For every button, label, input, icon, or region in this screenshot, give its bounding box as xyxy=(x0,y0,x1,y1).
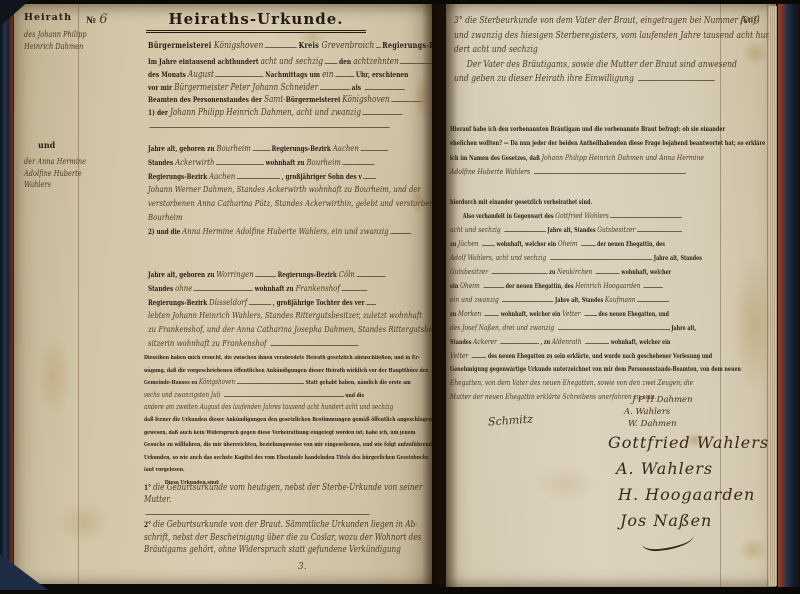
text-line xyxy=(144,507,379,519)
text-line: Adolfine Huberte Wahlers xyxy=(450,165,701,178)
text-line: zu Frankenshof, und der Anna Catharina J… xyxy=(148,323,380,337)
text-segment: des neuen Ehegatten, und xyxy=(598,311,669,318)
blank-rule xyxy=(237,378,304,384)
text-segment: Kaufmann xyxy=(605,295,636,304)
book-cover-bottom-left xyxy=(0,584,440,594)
text-line: Gemeinde-Hauses zu KönigshovenStatt geha… xyxy=(144,377,379,390)
text-segment: dert acht und sechzig xyxy=(454,44,538,55)
text-segment: Grevenbroich xyxy=(322,40,375,51)
text-segment: Standes xyxy=(148,284,175,293)
text-line: andere am zweiten August des laufenden J… xyxy=(144,402,379,414)
text-line: und geben zu dieser Heirath ihre Einwill… xyxy=(454,72,702,87)
document-title: Heiraths-Urkunde. xyxy=(146,10,366,33)
signature-witness-3: H. Hoogaarden xyxy=(618,482,769,508)
text-segment: Der Vater des Bräutigams, sowie die Mutt… xyxy=(467,59,737,70)
text-segment: Im Jahre eintausend achthundert xyxy=(148,57,261,66)
text-line: gewesen, daß auch kein Widerspruch gegen… xyxy=(144,427,379,440)
opening-paragraph: Im Jahre eintausend achthundert acht und… xyxy=(148,56,432,133)
text-segment: achtzehnten xyxy=(353,57,399,67)
text-segment: 1) der xyxy=(148,108,170,117)
text-line: Gutsbesitzer zu Neukirchen wohnhaft, wel… xyxy=(450,265,701,279)
text-segment: lebten Johann Heinrich Wahlers, Standes … xyxy=(148,311,422,321)
text-segment: Jüchen xyxy=(458,239,481,248)
text-line: Bürgermeisterei KönigshovenKreis Grevenb… xyxy=(148,38,375,54)
text-segment: Cöln xyxy=(339,270,355,280)
text-line: wägung, daß die vorgeschriebenen öffentl… xyxy=(144,365,379,378)
blank-rule xyxy=(502,296,553,302)
text-line: Bourheim xyxy=(148,211,380,225)
blank-rule xyxy=(638,74,715,81)
blank-rule xyxy=(361,144,388,151)
text-line: 1° die Geburtsurkunde vom heutigen, nebs… xyxy=(144,482,379,494)
text-segment: Gesuche zu willfahren, die mir überreich… xyxy=(144,442,432,448)
text-segment: daß ferner die Urkunden dieser Ankündigu… xyxy=(144,417,432,423)
text-segment: Königshoven xyxy=(199,378,235,386)
text-line: 1) der Johann Philipp Heinrich Dahmen, a… xyxy=(148,107,380,120)
text-segment: Samt- xyxy=(264,95,286,105)
text-line xyxy=(148,120,380,133)
text-line: des Monats AugustNachmittags um einUhr, … xyxy=(148,69,380,82)
text-segment: Frankenshof xyxy=(296,284,340,294)
text-segment: Jahre alt, geboren zu xyxy=(148,144,216,153)
text-line: 3° die Sterbeurkunde von dem Vater der B… xyxy=(454,14,702,29)
text-line: ein und zwanzig Jahre alt, Standes Kaufm… xyxy=(450,293,701,307)
witnesses-section: hierdurch mit einander gesetzlich verhei… xyxy=(450,196,764,404)
text-segment: Aldenrath xyxy=(552,337,584,346)
text-segment: Kreis xyxy=(299,40,322,50)
signature-witness-1: Gottfried Wahlers xyxy=(608,430,769,456)
blank-rule xyxy=(482,240,495,246)
text-segment: Anna Hermine Adolfine Huberte Wahlers, e… xyxy=(182,227,388,237)
blank-rule xyxy=(255,270,276,277)
blank-rule xyxy=(610,212,682,218)
text-segment: Gutsbesitzer xyxy=(597,225,635,234)
text-segment: und die xyxy=(345,393,364,399)
blank-rule xyxy=(216,70,264,77)
text-segment: ein xyxy=(450,283,460,290)
blank-rule xyxy=(265,41,297,48)
blank-rule xyxy=(637,226,682,232)
text-segment: der neuen Ehegattin, des xyxy=(506,283,576,290)
text-segment: die Geburtsurkunde vom heutigen, nebst d… xyxy=(153,483,422,493)
text-segment: Johann Philipp Heinrich Dahmen, acht und… xyxy=(170,108,361,118)
text-segment: wohnhaft, welcher xyxy=(621,269,671,276)
signature-flourish xyxy=(641,533,694,552)
text-line: Johann Werner Dahmen, Standes Ackerwirth… xyxy=(148,183,380,197)
text-line: lebten Johann Heinrich Wahlers, Standes … xyxy=(148,309,380,323)
text-line: Genehmigung gegenwärtige Urkunde unterze… xyxy=(450,363,701,376)
text-segment: , großjährige Tochter des ver xyxy=(273,298,365,307)
margin-heading: Heirath xyxy=(24,12,86,23)
text-segment: August xyxy=(188,70,214,80)
text-segment: des neuen Ehegatten zu sein erklärte, un… xyxy=(488,353,712,360)
text-segment: Wahlers xyxy=(24,179,51,189)
text-segment: ohne xyxy=(175,284,192,294)
text-segment: zu Frankenshof, und der Anna Catharina J… xyxy=(148,325,432,335)
text-segment: , großjähriger Sohn des v xyxy=(282,172,362,181)
text-segment: Oheim xyxy=(558,239,580,248)
text-segment: wohnhaft zu xyxy=(255,284,296,293)
text-segment: Heinrich Hoogaarden xyxy=(575,281,642,290)
text-line: Heinrich Dahmen xyxy=(24,41,72,53)
text-segment: Jahre alt, Standes xyxy=(547,227,597,234)
text-segment: 2° xyxy=(144,520,153,529)
text-segment: Gutsbesitzer xyxy=(450,267,490,276)
text-segment: zu xyxy=(549,269,557,276)
margin-note-groom: des Johann PhilippHeinrich Dahmen xyxy=(24,29,86,52)
blank-rule xyxy=(400,57,432,64)
text-segment: Johann Werner Dahmen, Standes Ackerwirth… xyxy=(148,185,421,195)
blank-rule xyxy=(596,268,620,274)
text-segment: die Geburtsurkunde von der Braut. Sämmtl… xyxy=(153,520,418,530)
text-segment: Johann Philipp Heinrich Dahmen und Anna … xyxy=(542,153,704,162)
blank-rule xyxy=(216,158,264,165)
text-segment: Dieselben haben mich ersucht, die zwisch… xyxy=(144,355,420,361)
record-number-label: № xyxy=(86,16,96,26)
blank-rule xyxy=(637,296,669,302)
text-segment: Standes xyxy=(450,339,473,346)
signature-father: W. Dahmen xyxy=(628,418,769,430)
text-segment: des Monats xyxy=(148,70,188,79)
text-line: Standes Ackerer , zu Aldenrath wohnhaft,… xyxy=(450,335,701,349)
administrative-line: Bürgermeisterei KönigshovenKreis Grevenb… xyxy=(148,38,432,54)
text-segment: Genehmigung gegenwärtige Urkunde unterze… xyxy=(450,366,741,373)
text-line: verstorbenen Anna Catharina Pütz, Stande… xyxy=(148,197,380,211)
text-segment: laut vorgelesen. xyxy=(144,467,185,473)
text-line: Hierauf habe ich den vorbenannten Bräuti… xyxy=(450,122,701,136)
text-segment: Also verhandelt in Gegenwart des xyxy=(463,213,555,220)
blank-rule xyxy=(644,282,663,288)
text-segment: Ackerwirth xyxy=(175,158,214,168)
blank-rule xyxy=(357,270,386,277)
text-segment: Nachmittags um xyxy=(265,70,322,79)
text-segment: acht und sechzig xyxy=(261,57,323,67)
left-page: Heirath des Johann PhilippHeinrich Dahme… xyxy=(12,4,432,587)
text-line: Wahlers xyxy=(24,179,72,191)
text-segment: Jahre alt, Standes xyxy=(555,297,605,304)
margin-connector: und xyxy=(38,140,86,150)
text-segment: wohnhaft, welcher ein xyxy=(611,339,671,346)
text-segment: Aachen xyxy=(209,172,235,182)
text-segment: Regierungs-Bezirk xyxy=(278,270,339,279)
text-segment: Regierungs-Bezirk Düsseldorf. xyxy=(382,40,432,50)
text-line: Gesuche zu willfahren, die mir überreich… xyxy=(144,439,379,452)
text-segment: Vetter xyxy=(450,351,470,360)
blank-rule xyxy=(558,324,670,330)
text-segment: Gemeinde-Hauses zu xyxy=(144,380,199,386)
blank-rule xyxy=(366,298,376,305)
text-line: dert acht und sechzig xyxy=(454,43,702,58)
text-segment: als xyxy=(352,83,363,92)
blank-rule xyxy=(342,284,368,291)
blank-rule xyxy=(584,310,597,316)
text-segment: Regierungs-Bezirk xyxy=(148,172,209,181)
text-line: der Anna Hermine xyxy=(24,156,72,168)
text-segment: schrift, nebst der Bescheinigung über di… xyxy=(144,533,421,543)
blank-rule xyxy=(363,172,376,179)
text-segment: sechs und zwanzigsten Juli xyxy=(144,391,222,399)
blank-rule xyxy=(270,339,358,346)
text-line: Mutter. xyxy=(144,494,379,506)
text-line: Also verhandelt in Gegenwart des Gottfri… xyxy=(450,209,701,223)
groom-section: Jahre alt, geboren zu BourheimRegierungs… xyxy=(148,142,432,239)
blank-rule xyxy=(343,158,375,165)
signature-bride: A. Wahlers xyxy=(624,406,769,418)
text-segment: Jahre alt, xyxy=(671,325,696,332)
text-segment: andere am zweiten August des laufenden J… xyxy=(144,403,393,411)
text-line: zu Morken wohnhaft, welcher ein Vetter d… xyxy=(450,307,701,321)
text-segment: ein und zwanzig xyxy=(450,295,501,304)
record-number-value: 6 xyxy=(99,12,107,27)
text-line: sechs und zwanzigsten Juli und die xyxy=(144,390,379,403)
text-segment: Adolfine Huberte xyxy=(24,168,82,178)
blank-rule xyxy=(146,508,370,515)
blank-rule xyxy=(237,172,280,179)
text-segment: Mutter. xyxy=(144,495,171,505)
text-segment: der neuen Ehegattin, des xyxy=(597,241,665,248)
text-line: vor mir Bürgermeister Peter Johann Schne… xyxy=(148,82,380,95)
text-line: Jahre alt, geboren zu BourheimRegierungs… xyxy=(148,142,380,156)
text-segment: verstorbenen Anna Catharina Pütz, Stande… xyxy=(148,199,432,209)
text-segment: wohnhaft zu xyxy=(266,158,307,167)
text-segment: des Josef Naßen, drei und zwanzig xyxy=(450,323,556,332)
text-segment: Bourheim xyxy=(216,144,251,154)
text-segment: Vetter xyxy=(562,309,582,318)
blank-rule xyxy=(492,268,548,274)
text-segment: Aachen xyxy=(333,144,359,154)
right-page: Aug 3° die Sterbeurkunde von dem Vater d… xyxy=(446,4,776,587)
text-line: hierdurch mit einander gesetzlich verhei… xyxy=(450,196,701,209)
text-segment: wägung, daß die vorgeschriebenen öffentl… xyxy=(144,368,428,374)
text-segment: Bräutigams gehört, ohne Widerspruch stat… xyxy=(144,545,401,555)
stain xyxy=(56,500,110,544)
text-segment: und geben zu dieser Heirath ihre Einwill… xyxy=(454,73,636,84)
blank-rule xyxy=(550,254,652,260)
announcement-paragraph: Dieselben haben mich ersucht, die zwisch… xyxy=(144,352,432,490)
text-line: des Josef Naßen, drei und zwanzig Jahre … xyxy=(450,321,701,335)
text-segment: Königshoven xyxy=(342,95,389,105)
text-line: schrift, nebst der Bescheinigung über di… xyxy=(144,532,379,544)
text-segment: gewesen, daß auch kein Widerspruch gegen… xyxy=(144,430,415,436)
blank-rule xyxy=(365,82,405,89)
text-segment: des Johann Philipp xyxy=(24,29,87,39)
declaration-paragraph: Hierauf habe ich den vorbenannten Bräuti… xyxy=(450,122,764,179)
text-segment: Regierungs-Bezirk xyxy=(148,298,209,307)
blank-rule xyxy=(150,121,390,128)
blank-rule xyxy=(504,226,546,232)
text-segment: Ackerer xyxy=(473,337,499,346)
text-segment: Adolf Wahlers, acht und sechzig xyxy=(450,253,548,262)
signature-groom: J P H Dahmen xyxy=(632,394,769,406)
text-segment: Beamten des Personenstandes der xyxy=(148,95,264,104)
blank-rule xyxy=(500,338,538,344)
text-line: Bräutigams gehört, ohne Widerspruch stat… xyxy=(144,544,379,556)
text-line: sitzerin wohnhaft zu Frankenshof xyxy=(148,337,380,351)
text-line: Ehegatten, von dem Vater des neuen Ehega… xyxy=(450,376,701,390)
blank-rule xyxy=(249,298,271,305)
stain xyxy=(536,464,596,504)
text-segment: wohnhaft, welcher ein xyxy=(496,241,557,248)
blank-rule xyxy=(325,57,338,64)
text-line: laut vorgelesen. xyxy=(144,464,379,477)
blank-rule xyxy=(194,284,253,291)
text-line: Jahre alt, geboren zu WorringenRegierung… xyxy=(148,268,380,282)
text-segment: ein xyxy=(322,70,333,80)
blank-rule xyxy=(390,227,411,234)
text-segment: 3° die Sterbeurkunde von dem Vater der B… xyxy=(454,15,756,26)
text-segment: 1° xyxy=(144,483,153,492)
text-line: Der Vater des Bräutigams, sowie die Mutt… xyxy=(454,58,702,73)
blank-rule xyxy=(335,70,354,77)
text-segment: Hierauf habe ich den vorbenannten Bräuti… xyxy=(450,126,725,133)
book-cover-top xyxy=(0,0,800,4)
stain xyxy=(36,334,72,418)
text-segment: hierdurch mit einander gesetzlich verhei… xyxy=(450,199,592,206)
blank-rule xyxy=(363,108,403,115)
blank-rule xyxy=(534,168,686,174)
text-segment: ehelichen wollten? — Da nun jeder der be… xyxy=(450,140,765,147)
text-segment: Adolfine Huberte Wahlers xyxy=(450,167,532,176)
text-line: Adolf Wahlers, acht und sechzig Jahre al… xyxy=(450,251,701,265)
text-segment: Bourheim xyxy=(148,213,183,223)
text-line: Dieselben haben mich ersucht, die zwisch… xyxy=(144,352,379,365)
blank-rule xyxy=(224,391,344,397)
text-segment: acht und sechzig xyxy=(450,225,503,234)
text-line: ehelichen wollten? — Da nun jeder der be… xyxy=(450,136,701,150)
text-segment: und zwanzig des hiesigen Sterberegisters… xyxy=(454,30,773,41)
margin-note-bride: der Anna HermineAdolfine HuberteWahlers xyxy=(24,156,86,191)
page-stack-edge xyxy=(769,6,777,586)
record-number: № 6 xyxy=(86,12,108,27)
blank-rule xyxy=(320,82,350,89)
text-line: acht und sechzig Jahre alt, Standes Guts… xyxy=(450,223,701,237)
bride-section: Jahre alt, geboren zu WorringenRegierung… xyxy=(148,268,432,351)
text-segment: Königshoven xyxy=(214,40,263,51)
text-segment: Ehegatten, von dem Vater des neuen Ehega… xyxy=(450,378,693,387)
text-segment: Bourheim xyxy=(306,158,341,168)
text-line: Standes ohnewohnhaft zu Frankenshof xyxy=(148,282,380,296)
text-line: 2) und die Anna Hermine Adolfine Huberte… xyxy=(148,225,380,239)
text-segment: Statt gehabt haben, nämlich die erste am xyxy=(305,380,410,386)
text-segment: Morken xyxy=(458,309,483,318)
text-segment: Uhr, erschienen xyxy=(356,70,409,79)
text-line: Im Jahre eintausend achthundert acht und… xyxy=(148,56,380,69)
book-cover-left xyxy=(0,0,14,594)
text-segment: Bürgermeister Peter Johann Schneider xyxy=(174,83,318,93)
page-number: 3. xyxy=(298,562,307,572)
signature-witness-2: A. Wahlers xyxy=(616,456,769,482)
text-segment: Düsseldorf xyxy=(209,298,247,308)
blank-rule xyxy=(585,338,609,344)
book-cover-right xyxy=(778,0,800,594)
text-segment: Neukirchen xyxy=(557,267,594,276)
text-line: des Johann Philipp xyxy=(24,29,72,41)
text-line: Vetter des neuen Ehegatten zu sein erklä… xyxy=(450,349,701,363)
signature-witness-4: Jos Naßen xyxy=(620,508,769,534)
text-line: 2° die Geburtsurkunde von der Braut. Säm… xyxy=(144,519,379,531)
signatures-block: J P H Dahmen A. Wahlers W. Dahmen Gottfr… xyxy=(608,394,769,550)
official-signature: Schmitz xyxy=(488,412,534,428)
text-line: Regierungs-Bezirk Aachen, großjähriger S… xyxy=(148,170,380,184)
margin-column: Heirath des Johann PhilippHeinrich Dahme… xyxy=(24,12,86,191)
text-segment: Bürgermeisterei xyxy=(148,40,214,50)
text-line: und zwanzig des hiesigen Sterberegisters… xyxy=(454,29,702,44)
text-segment: Oheim xyxy=(460,281,482,290)
text-segment: 2) und die xyxy=(148,227,182,236)
text-segment: Heinrich Dahmen xyxy=(24,41,83,51)
text-segment: Regierungs-Bezirk xyxy=(272,144,333,153)
text-segment: vor mir xyxy=(148,83,174,92)
blank-rule xyxy=(391,95,421,102)
text-segment: Urkunden, so wie auch das sechste Kapite… xyxy=(144,455,429,461)
blank-rule xyxy=(472,352,486,358)
documents-section: 1° die Geburtsurkunde vom heutigen, nebs… xyxy=(144,482,432,556)
text-segment: wohnhaft, welcher ein xyxy=(501,311,562,318)
text-segment: ich im Namen des Gesetzes, daß xyxy=(450,155,542,162)
text-line: ein Oheim der neuen Ehegattin, des Heinr… xyxy=(450,279,701,293)
continuation-block: 3° die Sterbeurkunde von dem Vater der B… xyxy=(454,14,764,87)
blank-rule xyxy=(376,41,381,48)
text-segment: Standes xyxy=(148,158,175,167)
text-line: Regierungs-Bezirk Düsseldorf, großjährig… xyxy=(148,296,380,310)
text-line: Beamten des Personenstandes der Samt-Bür… xyxy=(148,94,380,107)
text-segment: , zu xyxy=(540,339,551,346)
text-line: daß ferner die Urkunden dieser Ankündigu… xyxy=(144,414,379,427)
text-line: ich im Namen des Gesetzes, daß Johann Ph… xyxy=(450,151,701,165)
blank-rule xyxy=(252,144,270,151)
text-line: zu Jüchen wohnhaft, welcher ein Oheim de… xyxy=(450,237,701,251)
text-line: Standes Ackerwirthwohnhaft zu Bourheim xyxy=(148,156,380,170)
text-line: Urkunden, so wie auch das sechste Kapite… xyxy=(144,452,379,465)
text-segment: zu xyxy=(450,241,458,248)
text-segment: Worringen xyxy=(216,270,253,280)
text-segment: Bürgermeisterei xyxy=(286,95,343,104)
text-segment: Gottfried Wohlers xyxy=(555,211,609,220)
blank-rule xyxy=(581,240,595,246)
text-segment: den xyxy=(339,57,353,66)
text-segment: sitzerin wohnhaft zu Frankenshof xyxy=(148,339,269,349)
blank-rule xyxy=(485,310,499,316)
text-line: Adolfine Huberte xyxy=(24,168,72,180)
text-segment: Jahre alt, geboren zu xyxy=(148,270,216,279)
text-segment: zu xyxy=(450,311,458,318)
blank-rule xyxy=(483,282,504,288)
text-segment: Jahre alt, Standes xyxy=(654,255,702,262)
text-segment: der Anna Hermine xyxy=(24,156,86,166)
registry-book-photo: Heirath des Johann PhilippHeinrich Dahme… xyxy=(0,0,800,594)
